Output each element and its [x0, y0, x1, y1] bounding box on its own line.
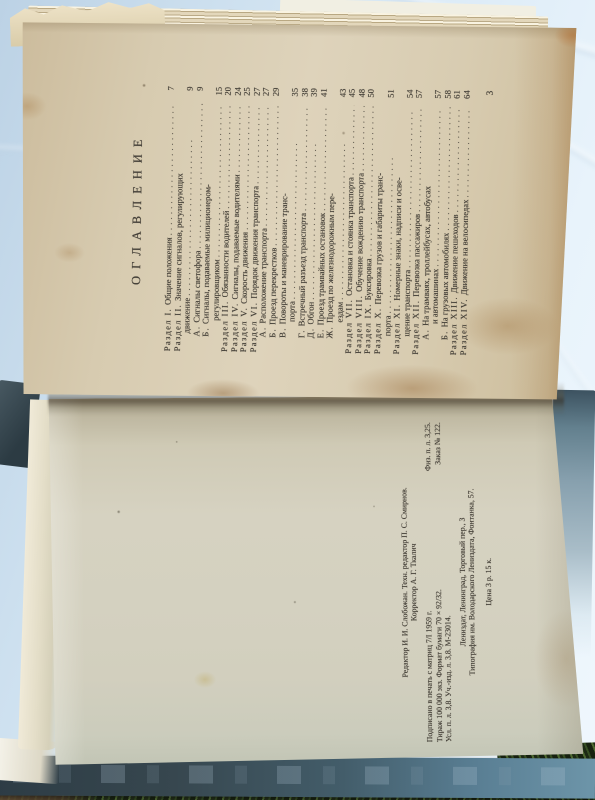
colophon-page: Редактор И. И. Слобожан. Техн. редактор …: [49, 395, 584, 765]
toc-leader-dots: . . . . . . . . . . . . . . . . . . . . …: [193, 104, 205, 249]
colophon-row: Корректор А. Г. Ткалич: [408, 422, 419, 742]
toc-page-number: 50: [367, 89, 377, 104]
toc-entry-label: Раздел II.: [173, 304, 183, 351]
toc-page-number: 51: [386, 89, 396, 104]
colophon-row: Цена 3 р. 15 к.: [483, 422, 494, 742]
toc-leader-dots: [182, 103, 183, 171]
toc-entry-label: В.: [278, 327, 288, 338]
toc-leader-dots: . . . . . . . . . . . . . . . . . . . . …: [318, 105, 329, 211]
toc-entry-label: Раздел XIV.: [459, 298, 469, 355]
toc-entry-label: Раздел X.: [373, 308, 383, 355]
toc-entry-label: Б.: [201, 327, 211, 337]
colophon-text: Физ. п. л. 3,25.: [423, 422, 433, 471]
toc-leader-dots: . . . . . . . . . . . . . . . . . . . . …: [413, 107, 424, 212]
toc-leader-dots: . . . . . . . . . . . . . . . . . . . . …: [270, 105, 282, 246]
colophon-text: Корректор А. Г. Ткалич: [409, 544, 419, 622]
toc-entry-title: Движение на велосипедах: [460, 199, 471, 295]
toc-entry-title: Обгон: [307, 302, 317, 325]
toc-leader-dots: . . . . . . . . . . . . . . . . . . . . …: [165, 103, 176, 235]
colophon-block: Редактор И. И. Слобожан. Техн. редактор …: [399, 422, 495, 743]
colophon-text: Заказ № 122.: [433, 422, 443, 465]
toc-entry-label: Раздел XII.: [411, 300, 421, 355]
toc-leader-dots: [287, 105, 288, 191]
toc-entry-title: Буксировка: [364, 258, 374, 300]
toc-heading: ОГЛАВЛЕНИЕ: [127, 22, 147, 396]
colophon-row: Типография им. Володарского Лениздата, Ф…: [466, 422, 477, 742]
toc-leader-dots: [430, 107, 431, 184]
colophon-text: Усл. п. л. 3,8. Уч.-изд. л. 3,8. М-23014…: [443, 615, 453, 742]
toc-page: ОГЛАВЛЕНИЕ Раздел I.Общие положения. . .…: [17, 20, 578, 402]
toc-rotated-content: ОГЛАВЛЕНИЕ Раздел I.Общие положения. . .…: [17, 20, 578, 402]
toc-entry-label: Раздел XI.: [392, 304, 402, 355]
book-photo-scene: Редактор И. И. Слобожан. Техн. редактор …: [0, 0, 595, 800]
toc-leader-dots: [383, 106, 384, 171]
page-folio: 3: [482, 91, 496, 356]
toc-page-number: 64: [462, 90, 472, 105]
toc-list: Раздел I.Общие положения. . . . . . . . …: [163, 86, 472, 355]
toc-page-number: 7: [167, 86, 177, 101]
colophon-row: Усл. п. л. 3,8. Уч.-изд. л. 3,8. М-23014…: [442, 422, 453, 742]
colophon-text: Цена 3 р. 15 к.: [484, 558, 494, 606]
toc-page-number: 57: [415, 90, 425, 105]
toc-page-number: 41: [319, 88, 329, 103]
colophon-text: Типография им. Володарского Лениздата, Ф…: [467, 488, 478, 675]
toc-entry-label: А.: [421, 329, 431, 340]
colophon-text: Тираж 100 000 экз. Формат бумаги 70 × 92…: [434, 589, 444, 742]
toc-page-number: 9: [195, 87, 205, 102]
toc-leader-dots: . . . . . . . . . . . . . . . . . . . . …: [461, 107, 472, 197]
toc-leader-dots: [335, 106, 336, 192]
toc-entry-label: Ж.: [326, 326, 336, 339]
toc-leader-dots: [211, 104, 212, 182]
toc-leader-dots: [402, 106, 403, 175]
toc-page-number: 29: [272, 88, 282, 103]
toc-entry-title: порта: [288, 301, 298, 322]
colophon-rotated-content: Редактор И. И. Слобожан. Техн. редактор …: [49, 395, 558, 765]
